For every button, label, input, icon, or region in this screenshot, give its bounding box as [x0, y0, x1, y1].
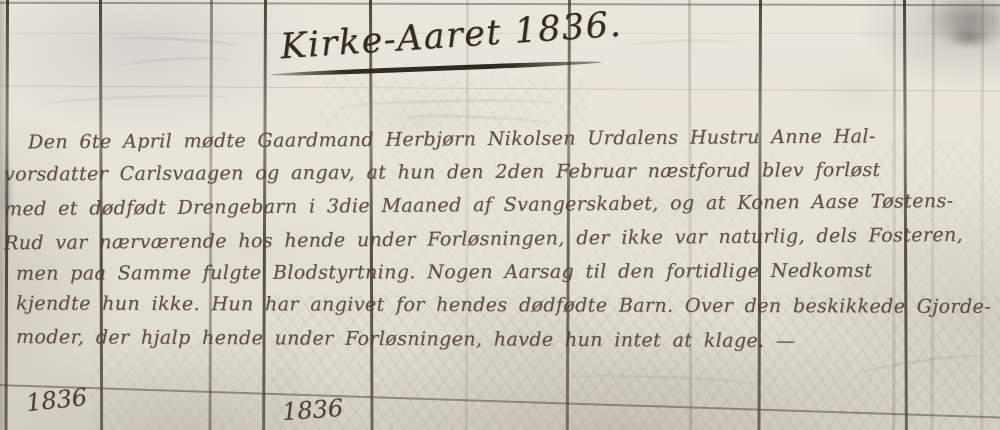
column-rule-line-faint: [688, 0, 692, 430]
bleed-through-ghost-writing: [110, 35, 240, 54]
manuscript-line: med et dødfødt Drengebarn i 3die Maaned …: [4, 192, 972, 219]
page-title: Kirke-Aaret 1836.: [279, 5, 623, 68]
column-rule-line-faint: [892, 0, 895, 430]
manuscript-line: Den 6te April mødte Gaardmand Herbjørn N…: [28, 127, 966, 153]
year-mark-left: 1836: [25, 383, 89, 417]
pencil-row-line: [0, 85, 1000, 92]
year-mark-center: 1836: [281, 394, 344, 426]
column-rule-line-faint: [980, 0, 983, 430]
bleed-through-ghost-writing: [120, 55, 230, 73]
corner-ink-smudge: [925, 0, 1000, 50]
manuscript-line: kjendte hun ikke. Hun har angivet for he…: [16, 294, 898, 316]
manuscript-line: men paa Samme fulgte Blodstyrtning. Noge…: [16, 261, 958, 283]
bleed-through-ghost-writing: [40, 93, 230, 112]
corner-ink-smudge: [948, 26, 990, 48]
bleed-through-hatching: [320, 78, 590, 130]
manuscript-page: Kirke-Aaret 1836. Den 6te April mødte Ga…: [0, 0, 1000, 430]
bleed-through-ghost-writing: [560, 373, 760, 392]
column-rule-line: [757, 0, 761, 430]
bleed-through-ghost-writing: [620, 38, 740, 54]
manuscript-line: vorsdatter Carlsvaagen og angav, at hun …: [4, 160, 962, 184]
bottom-rule-line: [0, 384, 1000, 419]
column-rule-line-faint: [930, 0, 934, 430]
bleed-through-ghost-writing: [860, 352, 981, 381]
bleed-through-ghost-writing: [340, 98, 560, 114]
manuscript-line: Rud var nærværende hos hende under Forlø…: [4, 226, 972, 253]
manuscript-line: moder, der hjalp hende under Forløsninge…: [16, 328, 788, 351]
top-rule-line: [0, 2, 1000, 6]
column-rule-line: [903, 0, 907, 430]
